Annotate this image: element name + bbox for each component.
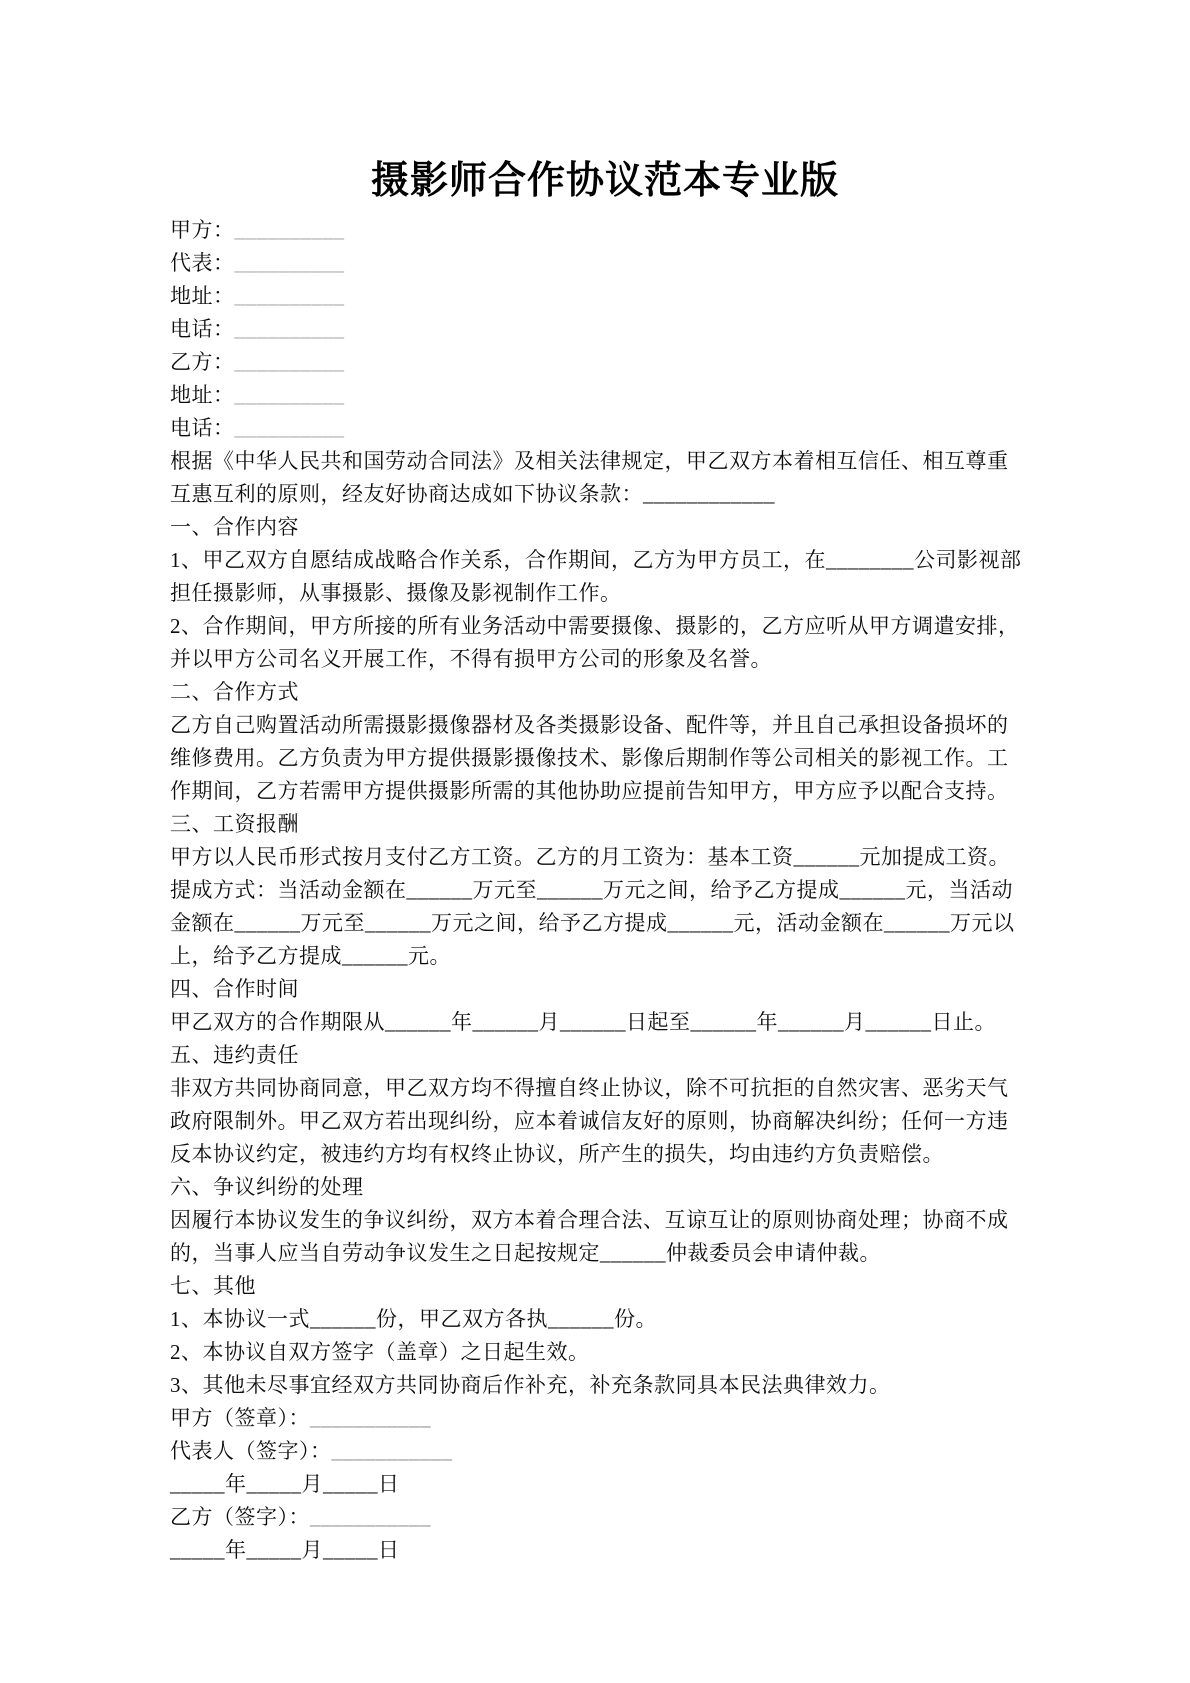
field-label: 地址： xyxy=(170,284,235,308)
field-blank: __________ xyxy=(235,218,345,242)
body-line: 2、合作期间，甲方所接的所有业务活动中需要摄像、摄影的，乙方应听从甲方调遣安排， xyxy=(170,610,1040,643)
body-line: 互惠互利的原则，经友好协商达成如下协议条款：____________ xyxy=(170,478,1040,511)
representative-field: 代表：__________ xyxy=(170,247,1040,280)
field-label: 甲方（签章）： xyxy=(170,1406,310,1430)
document-page: 摄影师合作协议范本专业版 甲方：__________ 代表：__________… xyxy=(0,0,1190,1683)
body-line: 担任摄影师，从事摄影、摄像及影视制作工作。 xyxy=(170,577,1040,610)
party-a-signature-line: 甲方（签章）：___________ xyxy=(170,1402,1040,1435)
party-b-signature-line: 乙方（签字）：___________ xyxy=(170,1501,1040,1534)
section-heading-2: 二、合作方式 xyxy=(170,676,1040,709)
document-title: 摄影师合作协议范本专业版 xyxy=(170,158,1040,204)
signature-blank: ___________ xyxy=(332,1439,453,1463)
phone-field-a: 电话：__________ xyxy=(170,313,1040,346)
body-line: 非双方共同协商同意，甲乙双方均不得擅自终止协议，除不可抗拒的自然灾害、恶劣天气 xyxy=(170,1072,1040,1105)
party-b-field: 乙方：__________ xyxy=(170,346,1040,379)
body-line: 甲方以人民币形式按月支付乙方工资。乙方的月工资为：基本工资______元加提成工… xyxy=(170,841,1040,874)
body-line: 维修费用。乙方负责为甲方提供摄影摄像技术、影像后期制作等公司相关的影视工作。工 xyxy=(170,742,1040,775)
body-line: 根据《中华人民共和国劳动合同法》及相关法律规定，甲乙双方本着相互信任、相互尊重 xyxy=(170,445,1040,478)
field-blank: __________ xyxy=(235,383,345,407)
date-line-b: _____年_____月_____日 xyxy=(170,1534,1040,1567)
body-line: 甲乙双方的合作期限从______年______月______日起至______年… xyxy=(170,1006,1040,1039)
field-label: 代表人（签字）： xyxy=(170,1439,332,1463)
body-line: 并以甲方公司名义开展工作，不得有损甲方公司的形象及名誉。 xyxy=(170,643,1040,676)
body-line: 因履行本协议发生的争议纠纷，双方本着合理合法、互谅互让的原则协商处理；协商不成 xyxy=(170,1204,1040,1237)
section-heading-3: 三、工资报酬 xyxy=(170,808,1040,841)
phone-field-b: 电话：__________ xyxy=(170,412,1040,445)
address-field-b: 地址：__________ xyxy=(170,379,1040,412)
field-label: 甲方： xyxy=(170,218,235,242)
body-line: 1、本协议一式______份，甲乙双方各执______份。 xyxy=(170,1303,1040,1336)
body-line: 上，给予乙方提成______元。 xyxy=(170,940,1040,973)
field-blank: __________ xyxy=(235,251,345,275)
field-blank: __________ xyxy=(235,284,345,308)
field-label: 乙方： xyxy=(170,350,235,374)
body-line: 3、其他未尽事宜经双方共同协商后作补充，补充条款同具本民法典律效力。 xyxy=(170,1369,1040,1402)
body-line: 的，当事人应当自劳动争议发生之日起按规定______仲裁委员会申请仲裁。 xyxy=(170,1237,1040,1270)
body-line: 1、甲乙双方自愿结成战略合作关系，合作期间，乙方为甲方员工，在________公… xyxy=(170,544,1040,577)
field-label: 电话： xyxy=(170,317,235,341)
section-heading-7: 七、其他 xyxy=(170,1270,1040,1303)
body-line: 政府限制外。甲乙双方若出现纠纷，应本着诚信友好的原则，协商解决纠纷；任何一方违 xyxy=(170,1105,1040,1138)
field-label: 电话： xyxy=(170,416,235,440)
party-a-field: 甲方：__________ xyxy=(170,214,1040,247)
field-label: 乙方（签字）： xyxy=(170,1505,310,1529)
section-heading-6: 六、争议纠纷的处理 xyxy=(170,1171,1040,1204)
representative-signature-line: 代表人（签字）：___________ xyxy=(170,1435,1040,1468)
body-line: 金额在______万元至______万元之间，给予乙方提成______元，活动金… xyxy=(170,907,1040,940)
signature-blank: ___________ xyxy=(310,1505,431,1529)
body-line: 提成方式：当活动金额在______万元至______万元之间，给予乙方提成___… xyxy=(170,874,1040,907)
section-heading-1: 一、合作内容 xyxy=(170,511,1040,544)
body-line: 作期间，乙方若需甲方提供摄影所需的其他协助应提前告知甲方，甲方应予以配合支持。 xyxy=(170,775,1040,808)
field-blank: __________ xyxy=(235,416,345,440)
section-heading-5: 五、违约责任 xyxy=(170,1039,1040,1072)
field-blank: __________ xyxy=(235,350,345,374)
section-heading-4: 四、合作时间 xyxy=(170,973,1040,1006)
body-line: 乙方自己购置活动所需摄影摄像器材及各类摄影设备、配件等，并且自己承担设备损坏的 xyxy=(170,709,1040,742)
field-blank: __________ xyxy=(235,317,345,341)
address-field-a: 地址：__________ xyxy=(170,280,1040,313)
signature-blank: ___________ xyxy=(310,1406,431,1430)
field-label: 地址： xyxy=(170,383,235,407)
field-label: 代表： xyxy=(170,251,235,275)
body-line: 2、本协议自双方签字（盖章）之日起生效。 xyxy=(170,1336,1040,1369)
date-line-a: _____年_____月_____日 xyxy=(170,1468,1040,1501)
body-line: 反本协议约定，被违约方均有权终止协议，所产生的损失，均由违约方负责赔偿。 xyxy=(170,1138,1040,1171)
